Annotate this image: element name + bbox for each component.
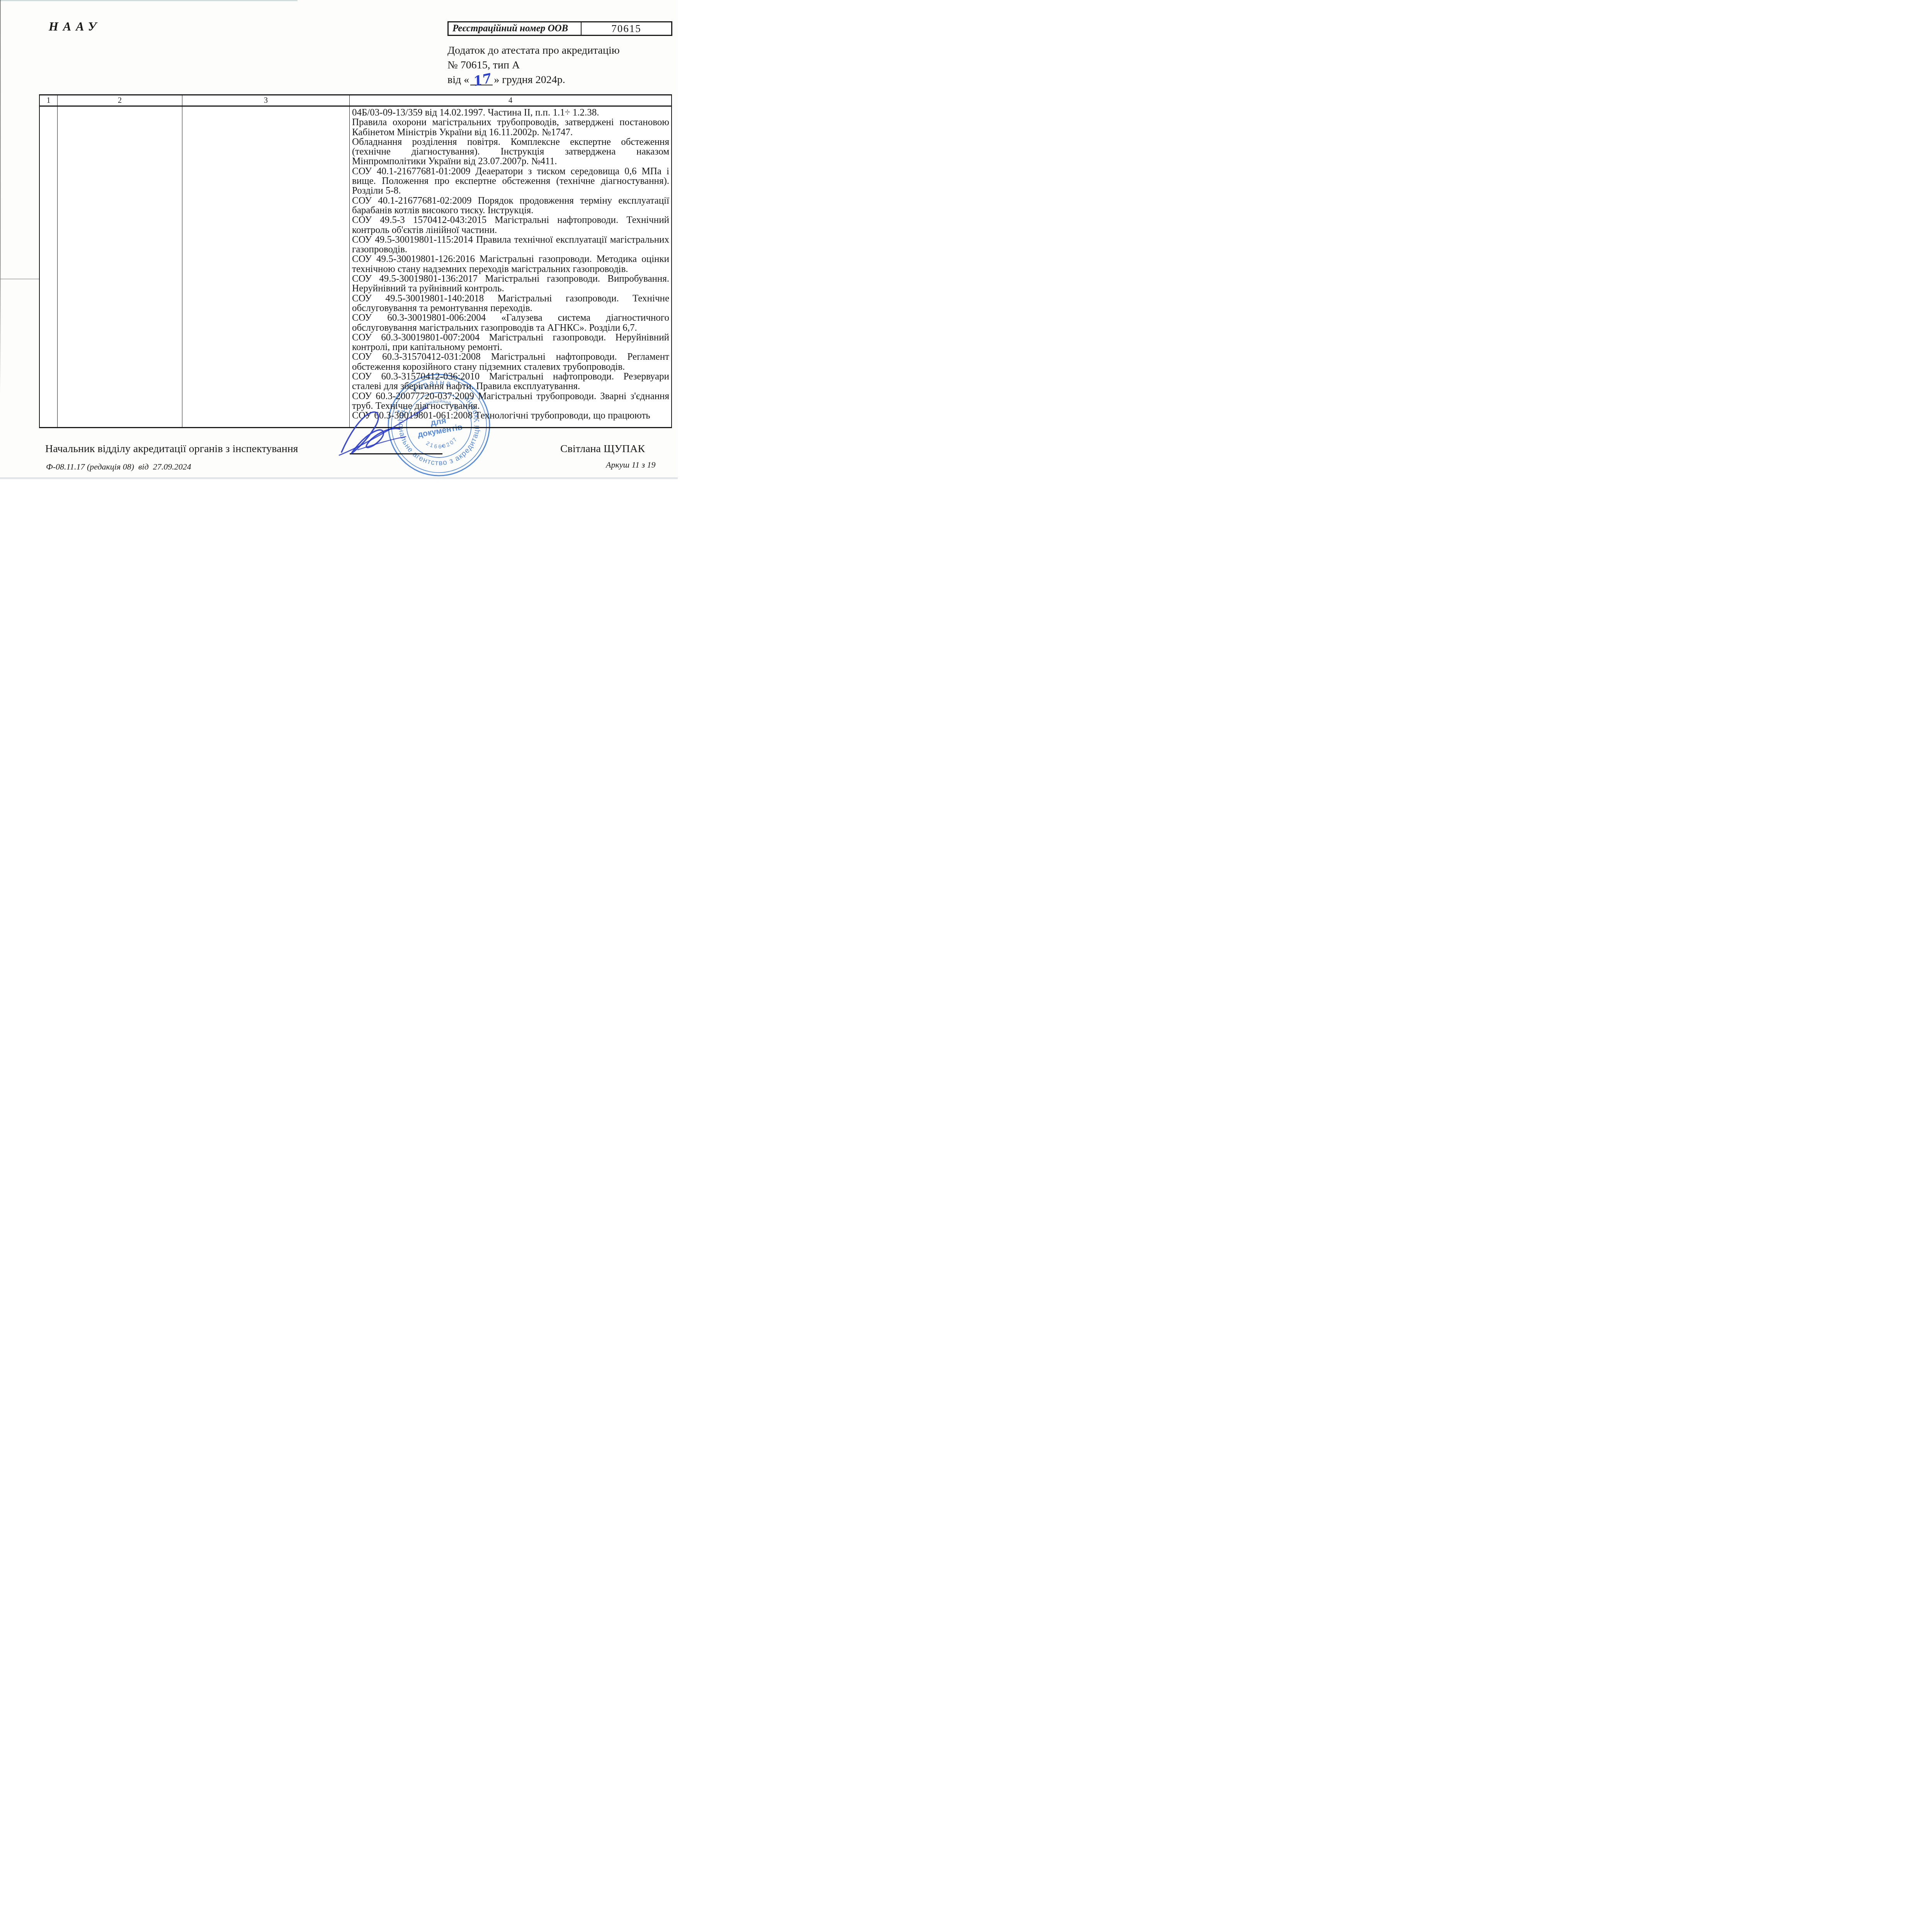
- date-prefix: від «: [447, 74, 469, 86]
- org-abbreviation-naau: НААУ: [49, 19, 101, 34]
- accreditation-scope-table: 1 2 3 4 04Б/03-09-13/359 від 14.02.1997.…: [39, 94, 672, 428]
- registration-number-box: Реєстраційний номер ООВ 70615: [447, 21, 672, 36]
- table-header-row: 1 2 3 4: [40, 95, 671, 107]
- standard-paragraph: СОУ 60.3-30019801-006:2004 «Галузева сис…: [352, 313, 669, 333]
- standard-paragraph: Правила охорони магістральних трубопрово…: [352, 117, 669, 137]
- sheet-number-label: Аркуш 11 з 19: [606, 460, 656, 470]
- table-header-col4: 4: [350, 95, 671, 105]
- table-body-row: 04Б/03-09-13/359 від 14.02.1997. Частина…: [40, 107, 671, 427]
- table-header-col3: 3: [182, 95, 350, 105]
- standard-paragraph: СОУ 49.5-30019801-115:2014 Правила техні…: [352, 235, 669, 255]
- date-suffix: » грудня 2024р.: [494, 74, 565, 86]
- standard-paragraph: 04Б/03-09-13/359 від 14.02.1997. Частина…: [352, 108, 669, 117]
- scan-top-edge-artifact: [0, 0, 298, 1]
- handwritten-day-slot: 17: [470, 73, 493, 85]
- form-code-label: Ф-08.11.17 (редакція 08) від 27.09.2024: [46, 462, 191, 472]
- table-header-col2: 2: [58, 95, 182, 105]
- standard-paragraph: СОУ 49.5-30019801-126:2016 Магістральні …: [352, 254, 669, 274]
- scan-bottom-edge-artifact: [0, 477, 678, 479]
- standard-paragraph: СОУ 40.1-21677681-01:2009 Деаератори з т…: [352, 167, 669, 196]
- stamp-star-right-icon: ✶: [469, 395, 475, 402]
- scan-left-edge-artifact: [0, 0, 1, 479]
- standard-paragraph: СОУ 60.3-30019801-007:2004 Магістральні …: [352, 333, 669, 352]
- stamp-id-label-text: Ідентифікаційний код: [410, 395, 461, 420]
- standard-paragraph: Обладнання розділення повітря. Комплексн…: [352, 137, 669, 167]
- standard-paragraph: СОУ 60.3-31570412-031:2008 Магістральні …: [352, 352, 669, 372]
- registration-number-value: 70615: [582, 22, 671, 35]
- signer-name: Світлана ЩУПАК: [560, 443, 645, 455]
- signatory-position-title: Начальник відділу акредитації органів з …: [45, 443, 298, 455]
- appendix-title-block: Додаток до атестата про акредитацію № 70…: [447, 43, 620, 87]
- table-cell-col3: [182, 107, 350, 427]
- scanned-accreditation-appendix-page: НААУ Реєстраційний номер ООВ 70615 Додат…: [0, 0, 678, 479]
- handwritten-day: 17: [472, 71, 493, 89]
- standard-paragraph: СОУ 49.5-30019801-140:2018 Магістральні …: [352, 294, 669, 313]
- appendix-date-line: від «17» грудня 2024р.: [447, 73, 620, 87]
- appendix-number-line: № 70615, тип А: [447, 58, 620, 73]
- table-cell-col1: [40, 107, 58, 427]
- registration-number-label: Реєстраційний номер ООВ: [449, 22, 582, 35]
- appendix-title-line: Додаток до атестата про акредитацію: [447, 43, 620, 58]
- round-stamp: Україна Національне агентство з акредита…: [386, 373, 492, 478]
- table-header-col1: 1: [40, 95, 58, 105]
- standard-paragraph: СОУ 49.5-30019801-136:2017 Магістральні …: [352, 274, 669, 294]
- standard-paragraph: СОУ 40.1-21677681-02:2009 Порядок продов…: [352, 196, 669, 216]
- stamp-id-label-textpath: Ідентифікаційний код: [410, 395, 461, 420]
- standard-paragraph: СОУ 49.5-3 1570412-043:2015 Магістральні…: [352, 215, 669, 235]
- table-cell-col2: [58, 107, 182, 427]
